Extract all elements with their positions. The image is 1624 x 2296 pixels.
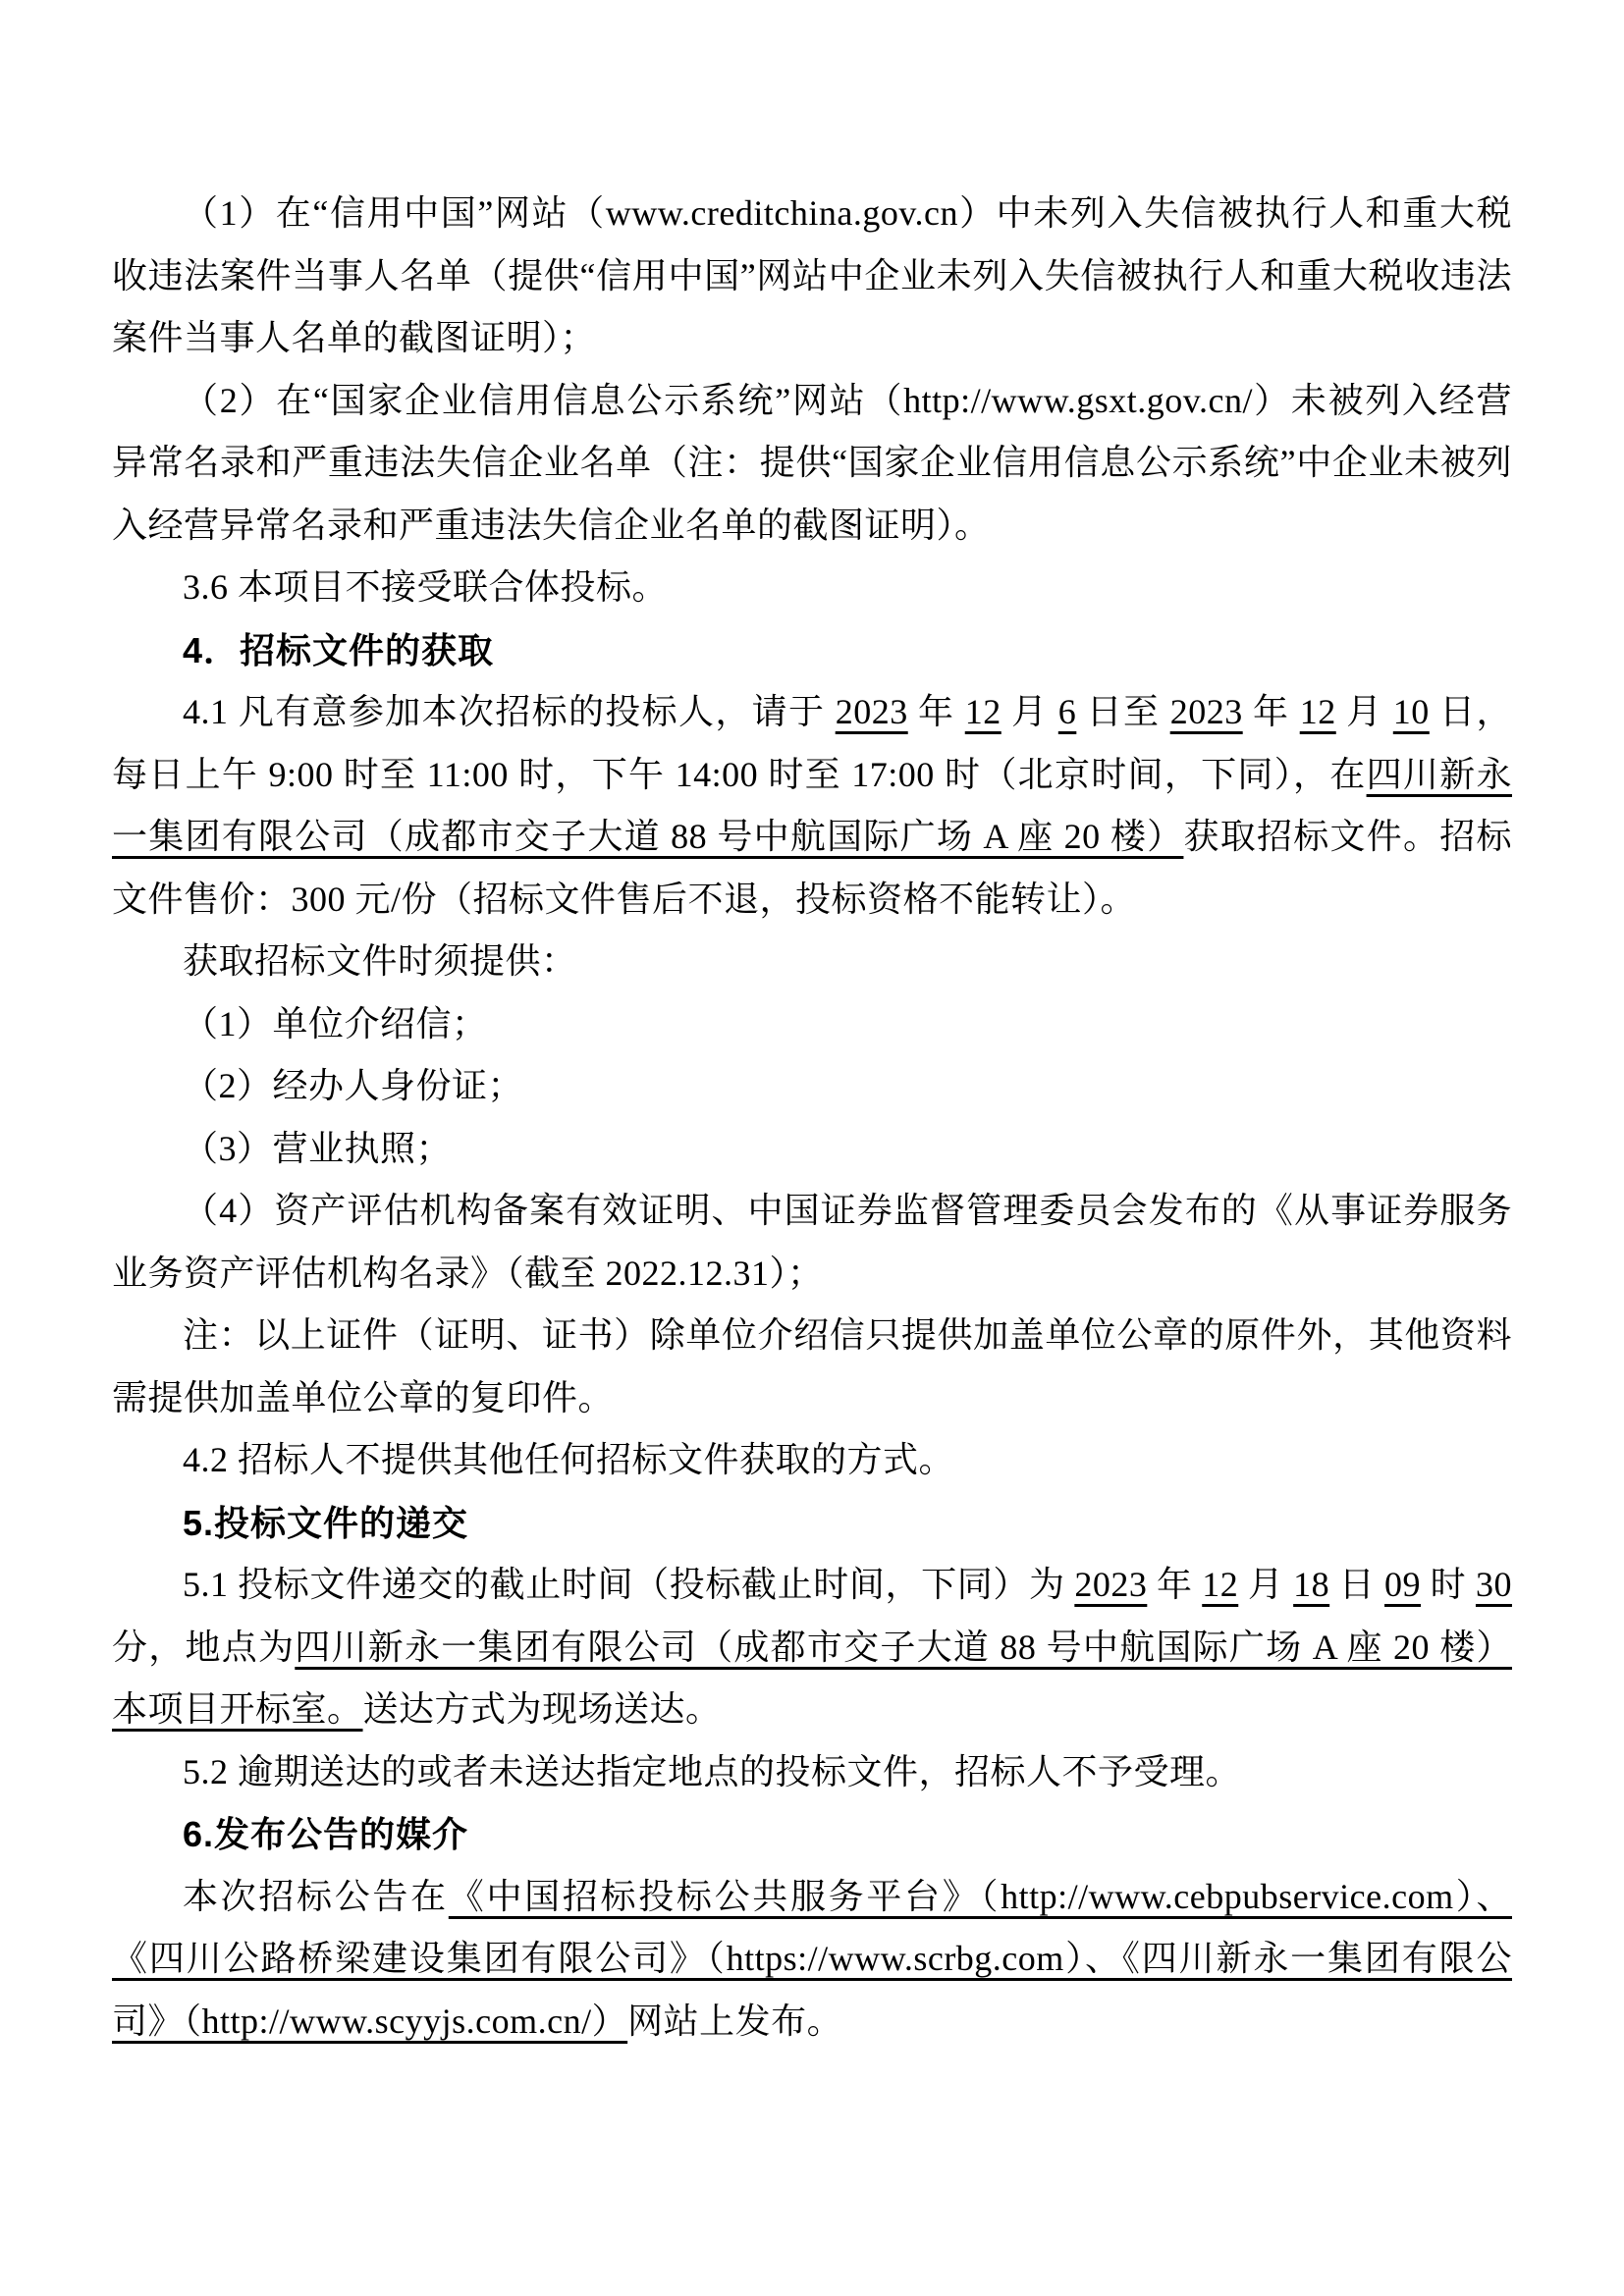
underlined-text-run: 四川新永一集团有限公司（成都市交子大道 88 号中航国际广场 A 座 20 楼）…: [112, 1628, 1512, 1730]
text-run: 5.投标文件的递交: [183, 1503, 468, 1543]
text-run: 5.2 逾期送达的或者未送达指定地点的投标文件，招标人不予受理。: [183, 1752, 1241, 1791]
text-run: 4.2 招标人不提供其他任何招标文件获取的方式。: [183, 1440, 954, 1479]
paragraph-item-4-appraisal-certificate: （4）资产评估机构备案有效证明、中国证券监督管理委员会发布的《从事证券服务业务资…: [112, 1180, 1512, 1305]
underlined-text-run: 12: [1300, 692, 1336, 731]
paragraph-item-3-business-license: （3）营业执照；: [112, 1118, 1512, 1181]
paragraph-item-1-introduction-letter: （1）单位介绍信；: [112, 993, 1512, 1056]
underlined-text-run: 2023: [1170, 692, 1243, 731]
text-run: （2）在“国家企业信用信息公示系统”网站（http://www.gsxt.gov…: [112, 381, 1512, 545]
paragraph-clause-5-1-deadline: 5.1 投标文件递交的截止时间（投标截止时间，下同）为 2023 年 12 月 …: [112, 1554, 1512, 1741]
text-run: 3.6 本项目不接受联合体投标。: [183, 567, 668, 607]
paragraph-clause-4-1-obtain-documents: 4.1 凡有意参加本次招标的投标人，请于 2023 年 12 月 6 日至 20…: [112, 681, 1512, 931]
text-run: 年: [1243, 692, 1300, 731]
document-body: （1）在“信用中国”网站（www.creditchina.gov.cn）中未列入…: [112, 183, 1512, 2053]
text-run: 分，地点为: [112, 1628, 295, 1667]
underlined-text-run: 30: [1476, 1565, 1512, 1604]
text-run: （4）资产评估机构备案有效证明、中国证券监督管理委员会发布的《从事证券服务业务资…: [112, 1191, 1512, 1293]
text-run: 年: [1147, 1565, 1202, 1604]
text-run: 网站上发布。: [627, 2002, 842, 2041]
text-run: 月: [1001, 692, 1058, 731]
paragraph-section-5-heading: 5.投标文件的递交: [112, 1492, 1512, 1555]
text-run: 年: [908, 692, 965, 731]
underlined-text-run: 2023: [1074, 1565, 1147, 1604]
text-run: 获取招标文件时须提供：: [183, 941, 577, 981]
paragraph-clause-provide-intro: 获取招标文件时须提供：: [112, 931, 1512, 993]
text-run: （3）营业执照；: [183, 1129, 452, 1168]
document-page: （1）在“信用中国”网站（www.creditchina.gov.cn）中未列入…: [0, 0, 1624, 2296]
text-run: 4．招标文件的获取: [183, 630, 494, 670]
text-run: 5.1 投标文件递交的截止时间（投标截止时间，下同）为: [183, 1565, 1074, 1604]
paragraph-clause-2-gsxt: （2）在“国家企业信用信息公示系统”网站（http://www.gsxt.gov…: [112, 370, 1512, 558]
paragraph-section-4-heading: 4．招标文件的获取: [112, 619, 1512, 682]
text-run: 时: [1421, 1565, 1476, 1604]
paragraph-item-2-id-card: （2）经办人身份证；: [112, 1055, 1512, 1118]
paragraph-section-6-heading: 6.发布公告的媒介: [112, 1803, 1512, 1866]
underlined-text-run: 2023: [836, 692, 908, 731]
text-run: 注：以上证件（证明、证书）除单位介绍信只提供加盖单位公章的原件外，其他资料需提供…: [112, 1315, 1512, 1417]
underlined-text-run: 12: [965, 692, 1001, 731]
paragraph-clause-5-2-late-delivery: 5.2 逾期送达的或者未送达指定地点的投标文件，招标人不予受理。: [112, 1741, 1512, 1804]
text-run: 6.发布公告的媒介: [183, 1814, 468, 1854]
text-run: （2）经办人身份证；: [183, 1066, 523, 1105]
text-run: 日: [1329, 1565, 1384, 1604]
underlined-text-run: 09: [1384, 1565, 1421, 1604]
text-run: 送达方式为现场送达。: [363, 1689, 722, 1729]
underlined-text-run: 10: [1393, 692, 1430, 731]
text-run: （1）单位介绍信；: [183, 1004, 488, 1043]
text-run: 月: [1238, 1565, 1293, 1604]
underlined-text-run: 6: [1058, 692, 1077, 731]
text-run: 月: [1336, 692, 1393, 731]
paragraph-clause-3-6-no-consortium: 3.6 本项目不接受联合体投标。: [112, 557, 1512, 619]
text-run: （1）在“信用中国”网站（www.creditchina.gov.cn）中未列入…: [112, 193, 1512, 357]
text-run: 日至: [1076, 692, 1169, 731]
text-run: 4.1 凡有意参加本次招标的投标人，请于: [183, 692, 836, 731]
paragraph-clause-6-media: 本次招标公告在《中国招标投标公共服务平台》（http://www.cebpubs…: [112, 1866, 1512, 2054]
underlined-text-run: 18: [1293, 1565, 1329, 1604]
text-run: 本次招标公告在: [183, 1877, 449, 1916]
paragraph-clause-4-2-no-other-way: 4.2 招标人不提供其他任何招标文件获取的方式。: [112, 1429, 1512, 1492]
underlined-text-run: 12: [1202, 1565, 1238, 1604]
paragraph-clause-1-credit-china: （1）在“信用中国”网站（www.creditchina.gov.cn）中未列入…: [112, 183, 1512, 370]
paragraph-note-certificates: 注：以上证件（证明、证书）除单位介绍信只提供加盖单位公章的原件外，其他资料需提供…: [112, 1305, 1512, 1429]
